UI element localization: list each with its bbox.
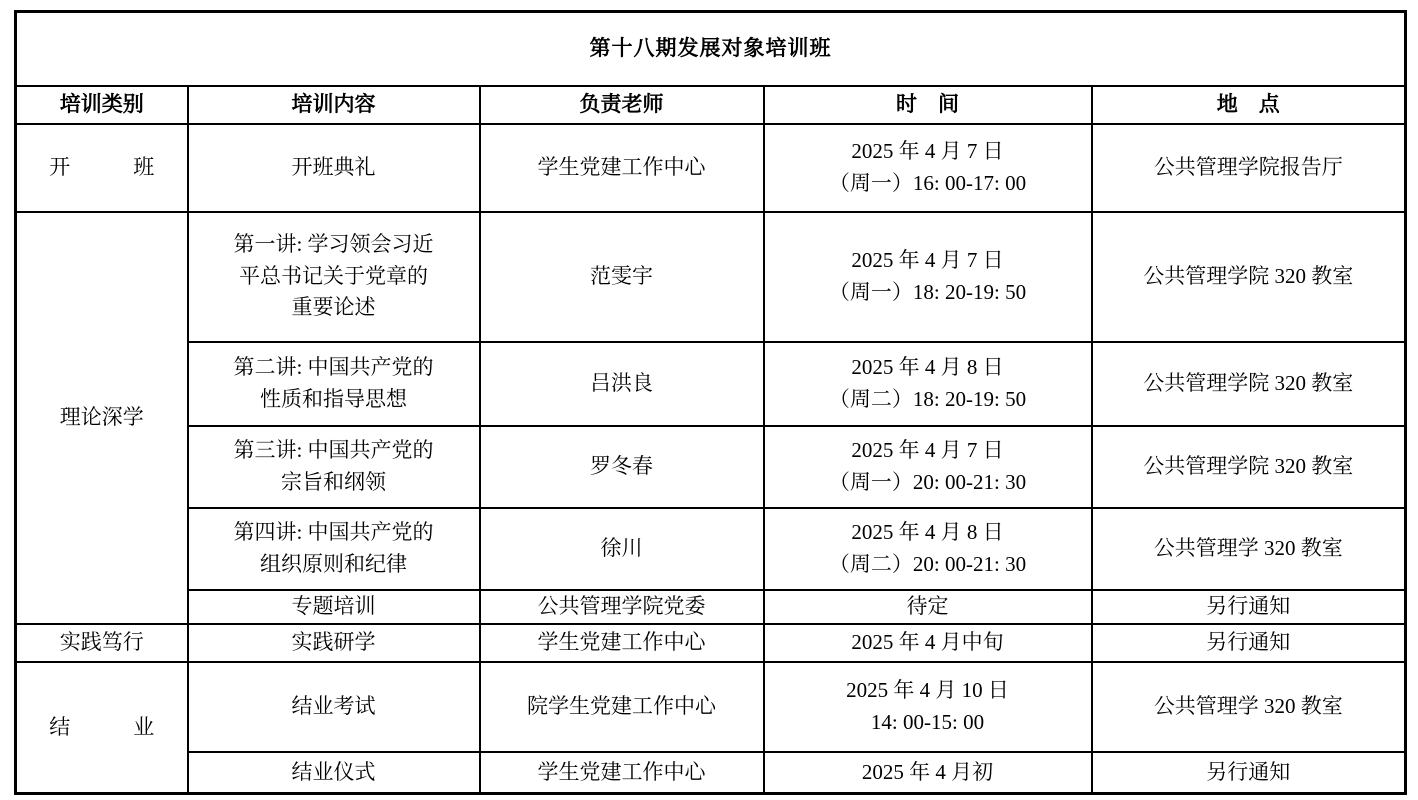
table-row: 第三讲: 中国共产党的 宗旨和纲领 罗冬春 2025 年 4 月 7 日 （周一… (16, 426, 1406, 508)
cell-time: 2025 年 4 月 7 日 （周一）18: 20-19: 50 (764, 212, 1092, 342)
table-row: 结 业 结业考试 院学生党建工作中心 2025 年 4 月 10 日 14: 0… (16, 662, 1406, 752)
cell-content: 实践研学 (188, 624, 480, 662)
table-row: 专题培训 公共管理学院党委 待定 另行通知 (16, 590, 1406, 624)
cell-content: 第三讲: 中国共产党的 宗旨和纲领 (188, 426, 480, 508)
cell-place: 公共管理学院 320 教室 (1092, 426, 1406, 508)
title-row: 第十八期发展对象培训班 (16, 12, 1406, 86)
cell-place: 公共管理学 320 教室 (1092, 508, 1406, 590)
cell-place: 公共管理学院 320 教室 (1092, 342, 1406, 426)
cell-time: 2025 年 4 月 10 日 14: 00-15: 00 (764, 662, 1092, 752)
cell-teacher: 公共管理学院党委 (480, 590, 764, 624)
col-header-place: 地 点 (1092, 86, 1406, 124)
cell-content: 开班典礼 (188, 124, 480, 212)
header-row: 培训类别 培训内容 负责老师 时 间 地 点 (16, 86, 1406, 124)
cell-content: 结业考试 (188, 662, 480, 752)
cell-place: 另行通知 (1092, 624, 1406, 662)
cell-time: 2025 年 4 月 7 日 （周一）16: 00-17: 00 (764, 124, 1092, 212)
category-graduate: 结 业 (16, 662, 188, 794)
cell-time: 2025 年 4 月 7 日 （周一）20: 00-21: 30 (764, 426, 1092, 508)
category-practice: 实践笃行 (16, 624, 188, 662)
table-row: 第二讲: 中国共产党的 性质和指导思想 吕洪良 2025 年 4 月 8 日 （… (16, 342, 1406, 426)
cell-time: 2025 年 4 月初 (764, 752, 1092, 794)
cell-time: 待定 (764, 590, 1092, 624)
training-schedule-table: 第十八期发展对象培训班 培训类别 培训内容 负责老师 时 间 地 点 开 班 开… (14, 10, 1407, 795)
cell-place: 另行通知 (1092, 752, 1406, 794)
col-header-time: 时 间 (764, 86, 1092, 124)
cell-teacher: 罗冬春 (480, 426, 764, 508)
cell-teacher: 学生党建工作中心 (480, 624, 764, 662)
col-header-content: 培训内容 (188, 86, 480, 124)
cell-content: 第四讲: 中国共产党的 组织原则和纪律 (188, 508, 480, 590)
table-row: 实践笃行 实践研学 学生党建工作中心 2025 年 4 月中旬 另行通知 (16, 624, 1406, 662)
cell-teacher: 范雯宇 (480, 212, 764, 342)
col-header-teacher: 负责老师 (480, 86, 764, 124)
cell-time: 2025 年 4 月中旬 (764, 624, 1092, 662)
table-row: 理论深学 第一讲: 学习领会习近 平总书记关于党章的 重要论述 范雯宇 2025… (16, 212, 1406, 342)
cell-teacher: 学生党建工作中心 (480, 752, 764, 794)
table-row: 第四讲: 中国共产党的 组织原则和纪律 徐川 2025 年 4 月 8 日 （周… (16, 508, 1406, 590)
page-title: 第十八期发展对象培训班 (16, 12, 1406, 86)
cell-content: 第二讲: 中国共产党的 性质和指导思想 (188, 342, 480, 426)
cell-teacher: 学生党建工作中心 (480, 124, 764, 212)
category-open: 开 班 (16, 124, 188, 212)
cell-teacher: 院学生党建工作中心 (480, 662, 764, 752)
cell-teacher: 吕洪良 (480, 342, 764, 426)
table-row: 开 班 开班典礼 学生党建工作中心 2025 年 4 月 7 日 （周一）16:… (16, 124, 1406, 212)
cell-place: 公共管理学 320 教室 (1092, 662, 1406, 752)
document-page: 第十八期发展对象培训班 培训类别 培训内容 负责老师 时 间 地 点 开 班 开… (0, 0, 1418, 800)
cell-content: 专题培训 (188, 590, 480, 624)
cell-content: 结业仪式 (188, 752, 480, 794)
cell-content: 第一讲: 学习领会习近 平总书记关于党章的 重要论述 (188, 212, 480, 342)
category-theory: 理论深学 (16, 212, 188, 624)
table-row: 结业仪式 学生党建工作中心 2025 年 4 月初 另行通知 (16, 752, 1406, 794)
cell-time: 2025 年 4 月 8 日 （周二）18: 20-19: 50 (764, 342, 1092, 426)
cell-time: 2025 年 4 月 8 日 （周二）20: 00-21: 30 (764, 508, 1092, 590)
col-header-category: 培训类别 (16, 86, 188, 124)
cell-place: 另行通知 (1092, 590, 1406, 624)
cell-place: 公共管理学院报告厅 (1092, 124, 1406, 212)
cell-teacher: 徐川 (480, 508, 764, 590)
cell-place: 公共管理学院 320 教室 (1092, 212, 1406, 342)
